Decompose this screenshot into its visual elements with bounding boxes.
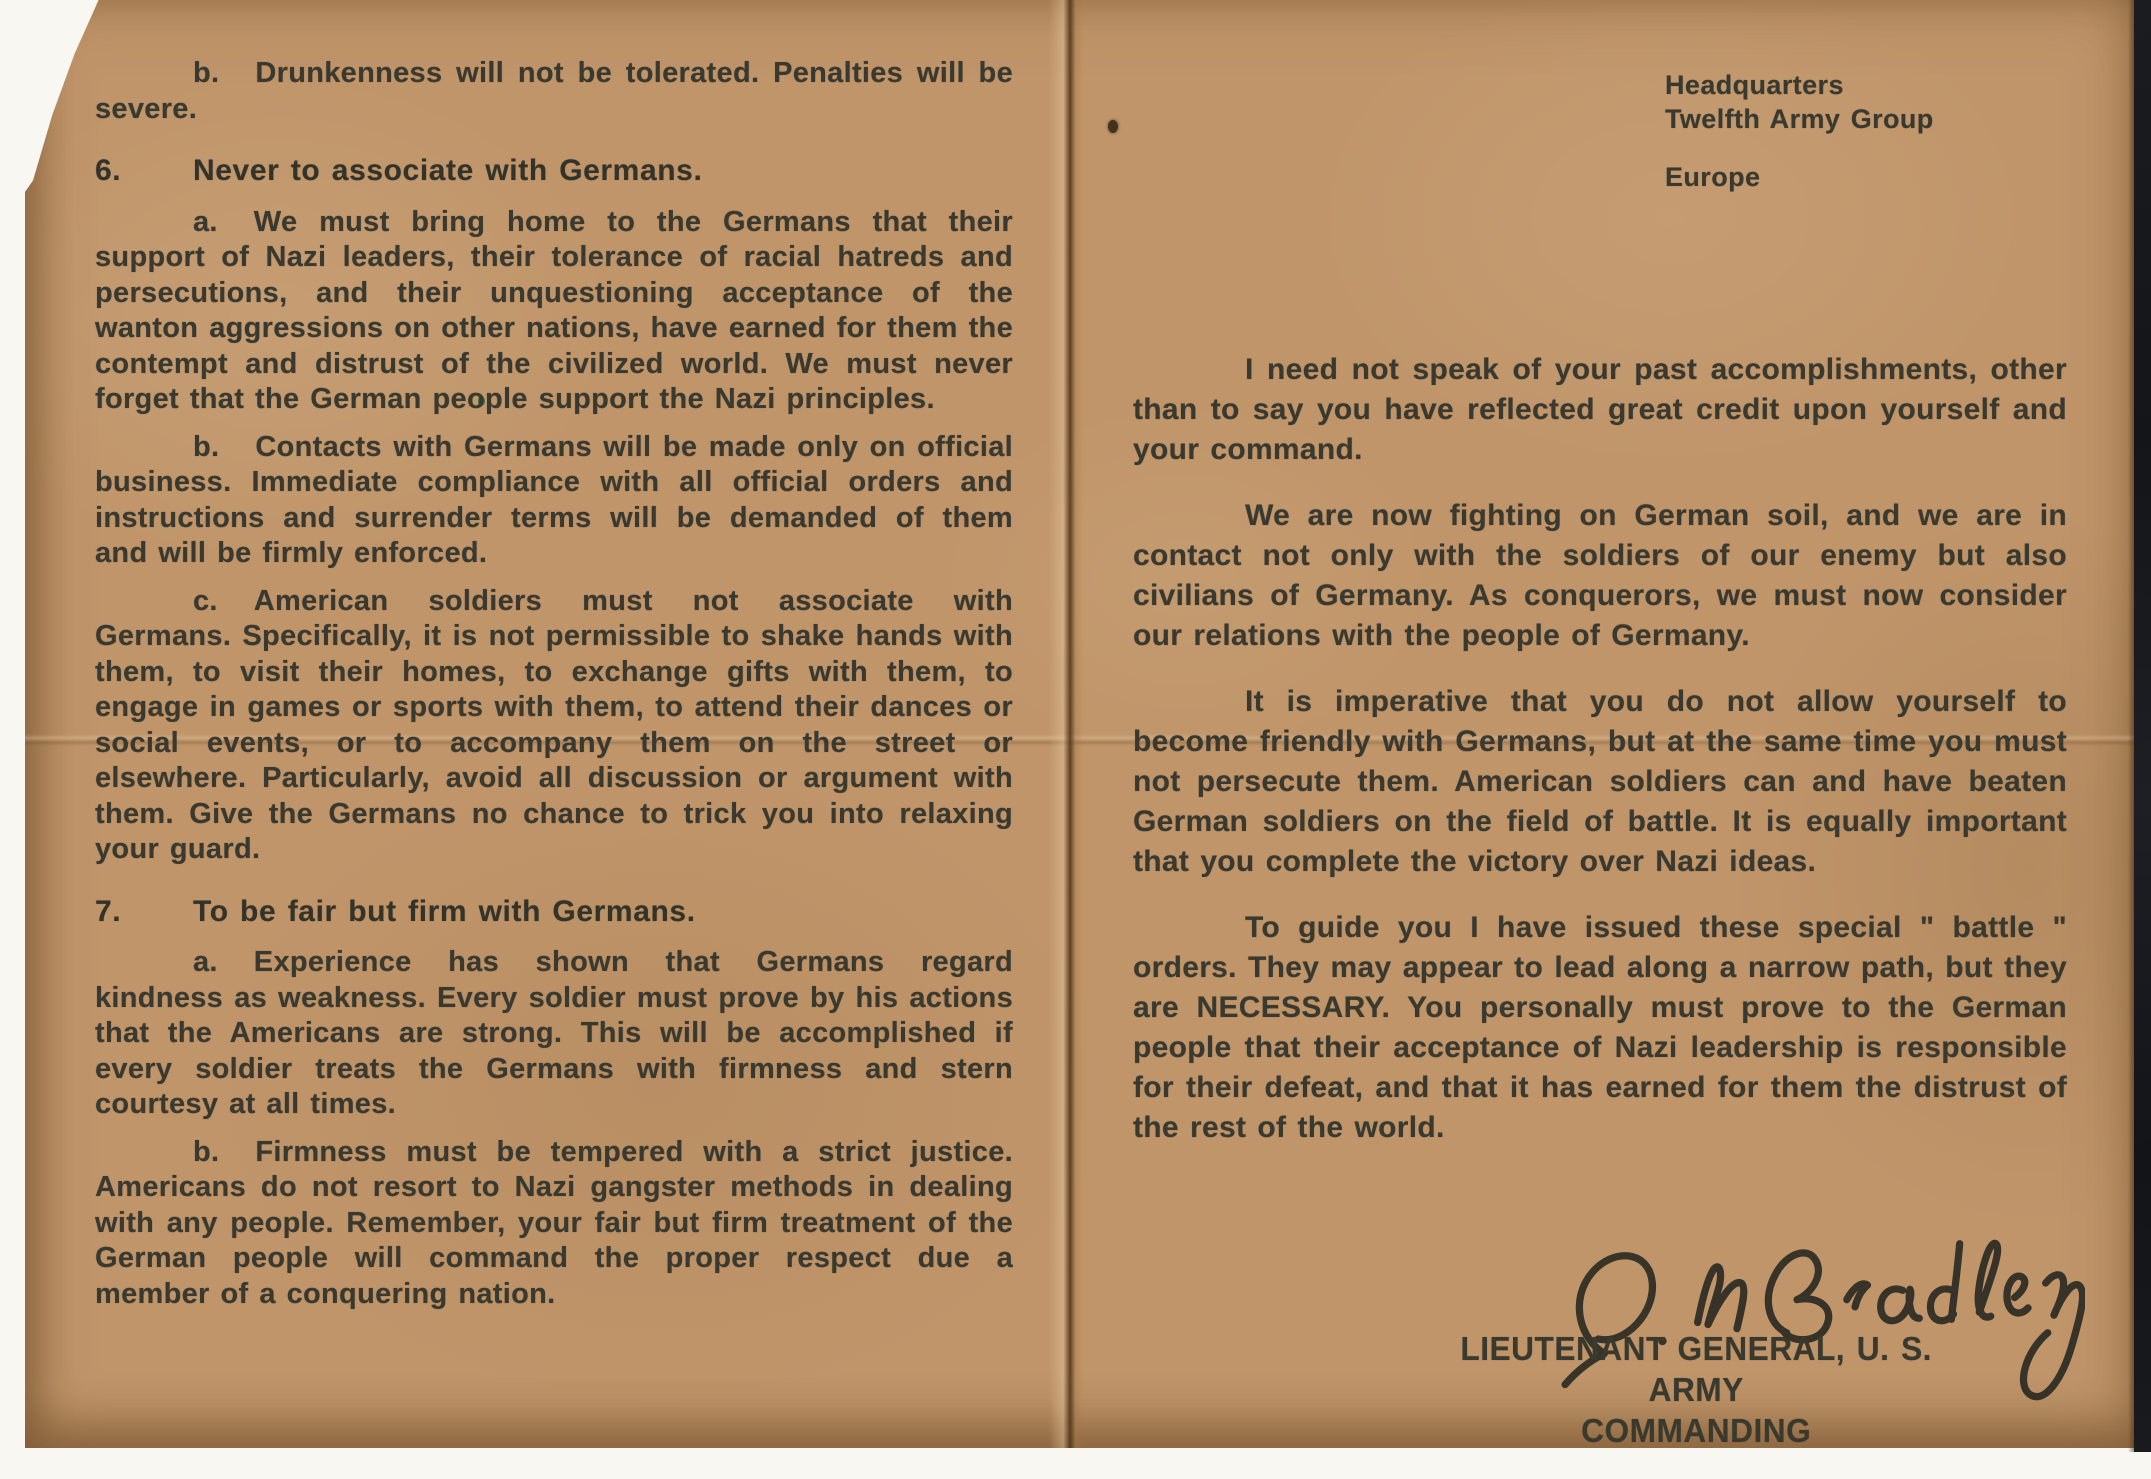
section-number: 6. <box>95 153 193 189</box>
paragraph-text: Drunkenness will not be tolerated. Penal… <box>95 57 1013 125</box>
paragraph-6b: b.Contacts with Germans will be made onl… <box>95 430 1013 572</box>
paragraph-label: b. <box>193 57 219 89</box>
letterhead-line: Twelfth Army Group <box>1665 102 1934 136</box>
signature-title-line: COMMANDING <box>1437 1410 1955 1451</box>
letter-paragraph: It is imperative that you do not allow y… <box>1133 682 2067 882</box>
paragraph-label: b. <box>193 431 219 463</box>
section-heading-6: 6. Never to associate with Germans. <box>95 153 1013 189</box>
letter-paragraph: I need not speak of your past accomplish… <box>1133 350 2067 470</box>
paragraph-6a: a.We must bring home to the Germans that… <box>95 205 1013 418</box>
section-title: To be fair but firm with Germans. <box>193 894 1013 930</box>
right-paper-edge <box>2134 0 2151 1452</box>
letterhead-line: Europe <box>1665 160 1934 194</box>
paragraph-label: a. <box>193 946 218 978</box>
paragraph-text: Experience has shown that Germans regard… <box>95 946 1013 1120</box>
left-page: b.Drunkenness will not be tolerated. Pen… <box>95 56 1013 1324</box>
ink-speck <box>1108 120 1118 133</box>
section-heading-7: 7. To be fair but firm with Germans. <box>95 894 1013 930</box>
paragraph-drunkenness: b.Drunkenness will not be tolerated. Pen… <box>95 56 1013 127</box>
paragraph-label: b. <box>193 1136 219 1168</box>
paragraph-text: We must bring home to the Germans that t… <box>95 206 1013 416</box>
letter-paragraph: We are now fighting on German soil, and … <box>1133 496 2067 656</box>
paragraph-7b: b.Firmness must be tempered with a stric… <box>95 1135 1013 1313</box>
letter-body: I need not speak of your past accomplish… <box>1133 350 2067 1174</box>
letterhead: Headquarters Twelfth Army Group Europe <box>1665 68 1934 194</box>
paragraph-text: Firmness must be tempered with a strict … <box>95 1136 1013 1310</box>
letterhead-line: Headquarters <box>1665 68 1934 102</box>
section-title: Never to associate with Germans. <box>193 153 1013 189</box>
scanned-document: b.Drunkenness will not be tolerated. Pen… <box>0 0 2151 1479</box>
paragraph-text: American soldiers must not associate wit… <box>95 585 1013 866</box>
signature-title-line: LIEUTENANT GENERAL, U. S. ARMY <box>1437 1328 1955 1410</box>
paragraph-6c: c.American soldiers must not associate w… <box>95 584 1013 868</box>
paragraph-label: a. <box>193 206 218 238</box>
signature-title-block: LIEUTENANT GENERAL, U. S. ARMY COMMANDIN… <box>1437 1328 1955 1451</box>
section-number: 7. <box>95 894 193 930</box>
center-fold-crease <box>1049 0 1083 1448</box>
paragraph-7a: a.Experience has shown that Germans rega… <box>95 945 1013 1123</box>
paragraph-text: Contacts with Germans will be made only … <box>95 431 1013 570</box>
paragraph-label: c. <box>193 585 218 617</box>
letter-paragraph: To guide you I have issued these special… <box>1133 908 2067 1148</box>
